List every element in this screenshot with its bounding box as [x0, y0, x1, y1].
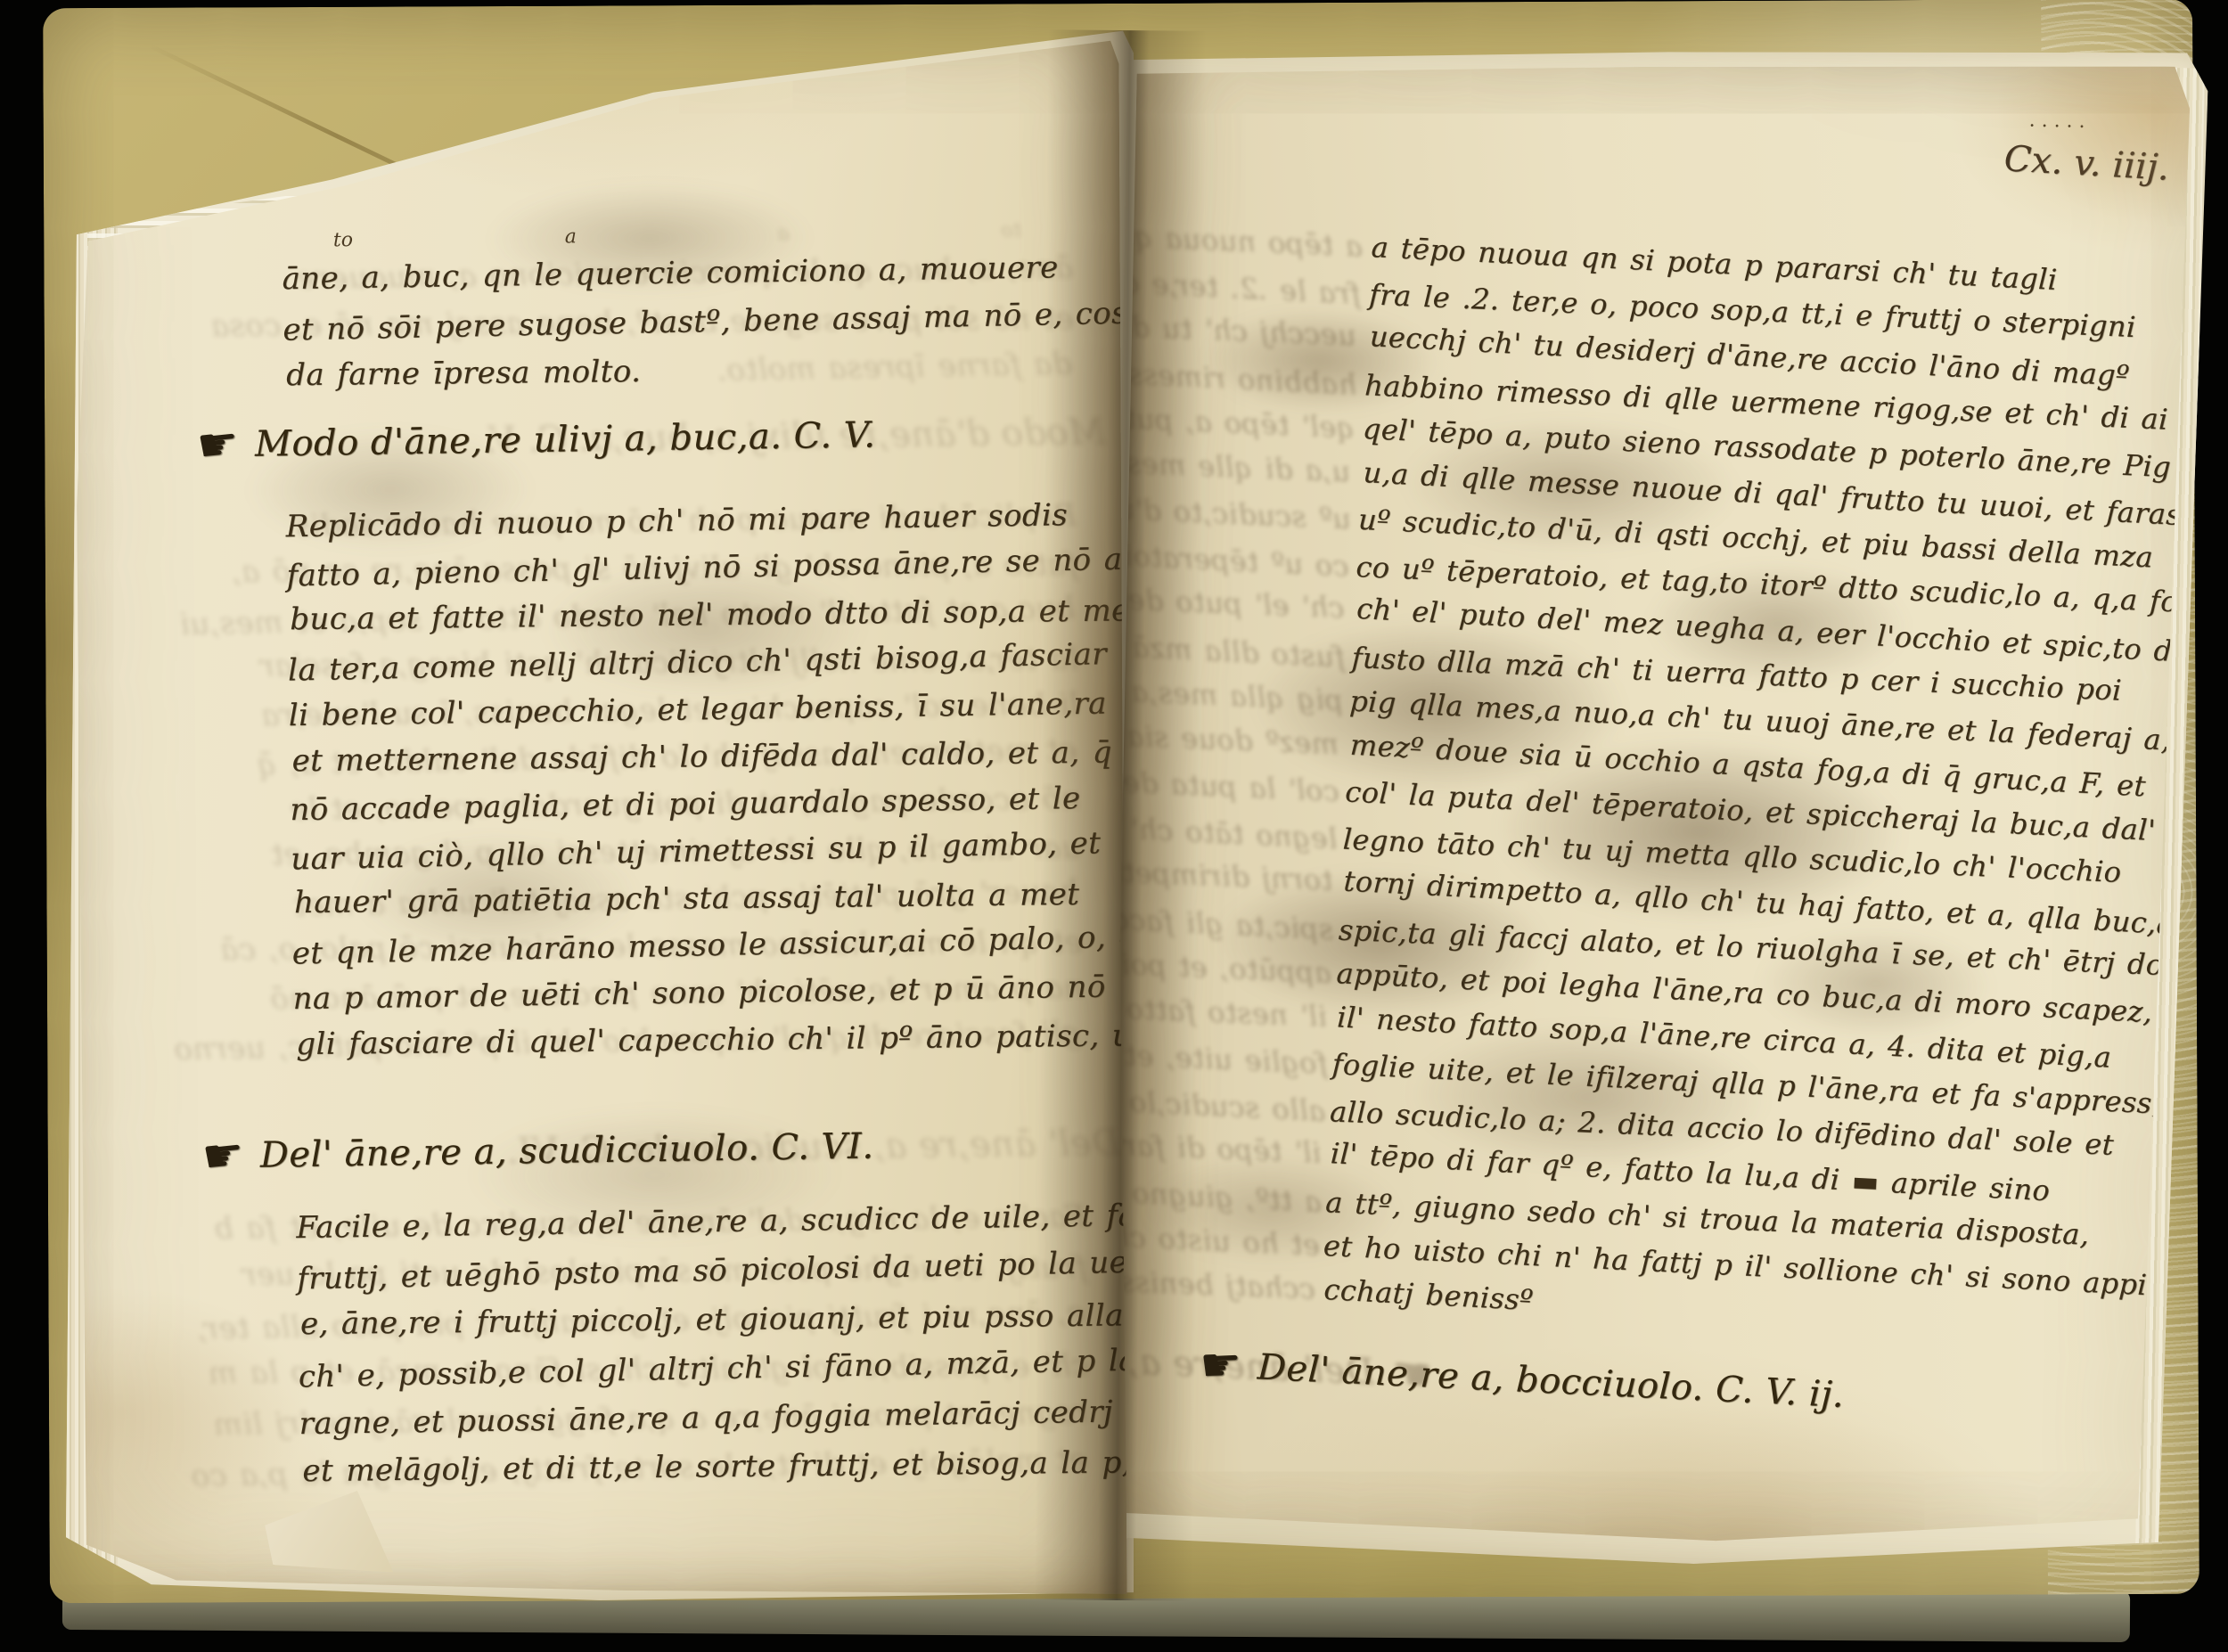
left-page-text: to a āne, a, buc, qn le quercie comicion…: [282, 217, 1107, 1498]
chapter-vi-continuation-paragraph: a tēpo nuoua qn si pota p pararsi ch' tu…: [1320, 225, 2165, 1352]
manuscript-photo: to a āne, a, buc, qn le quercie comicion…: [0, 0, 2228, 1652]
folio-dots: ·····: [2028, 115, 2091, 139]
right-page-text: a tēpo nuoua qn si pota p pararsi ch' tu…: [1316, 225, 2165, 1434]
chapter-v-paragraph: Replicādo di nuouo p ch' nō mi pare haue…: [285, 492, 1100, 1070]
chapter-v-title: Modo d'āne,re ulivj a, buc,a. C. V.: [255, 409, 876, 470]
folio-number: Cx. v. iiij.: [2003, 138, 2171, 188]
chapter-vi-paragraph: Facile e, la reg,a del' āne,re a, scudic…: [296, 1192, 1107, 1498]
text-line: et melāgolj, et di tt,e le sorte fruttj,…: [302, 1439, 1110, 1496]
manicule-icon: ☛: [200, 1129, 246, 1182]
text-line: et metternene assaj ch' lo difēda dal' c…: [291, 730, 1099, 785]
chapter-v-heading-row: ☛ Modo d'āne,re ulivj a, buc,a. C. V.: [197, 406, 1092, 471]
chapter-vi-title: Del' āne,re a, scudicciuolo. C. VI.: [259, 1120, 873, 1181]
manicule-icon: ☛: [195, 418, 242, 471]
manicule-icon: ☛: [1199, 1340, 1242, 1392]
left-page: to a āne, a, buc, qn le quercie comicion…: [74, 33, 1126, 1599]
text-line: gli fasciare di quel' capecchio ch' il p…: [296, 1013, 1103, 1068]
chapter-vii-title: Del' āne,re a, bocciuolo. C. V. ij.: [1257, 1341, 1846, 1421]
chapter-vii-heading-row: ☛ Del' āne,re a, bocciuolo. C. V. ij.: [1199, 1338, 2111, 1434]
opening-paragraph: āne, a, buc, qn le quercie comiciono a, …: [282, 243, 1090, 402]
chapter-vi-heading-row: ☛ Del' āne,re a, scudicciuolo. C. VI.: [202, 1117, 1102, 1182]
text-line: da farne īpresa molto.: [286, 343, 1094, 400]
right-page: a tēpo nuoua qn si pota p pararsi ch' tu…: [1105, 44, 2191, 1556]
